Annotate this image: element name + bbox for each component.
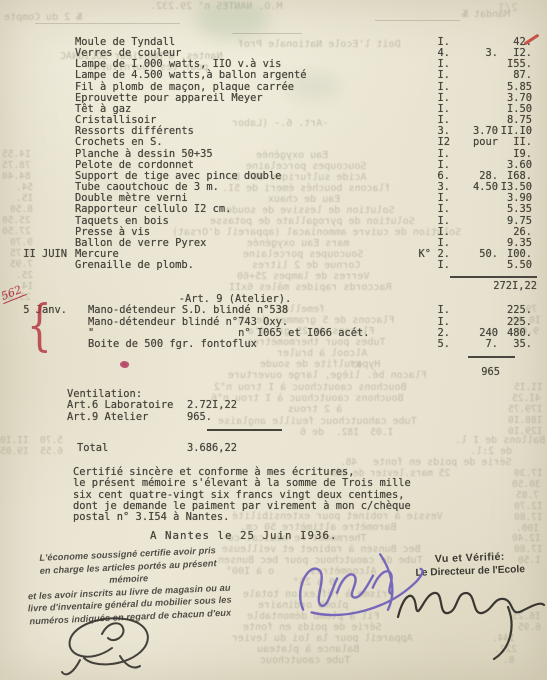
line-date-note	[20, 204, 75, 215]
certification-line: postal n° 3.I54 à Nantes.	[73, 512, 532, 523]
line-date-note	[20, 126, 75, 137]
item-description: Lampe de 4.500 watts,à ballon argenté	[75, 70, 395, 81]
total-label: Total	[67, 443, 187, 454]
item-amount: 5.35	[498, 204, 532, 215]
line-date-note	[20, 104, 75, 115]
invoice-line: Taquets en boisI.9.75	[20, 216, 532, 227]
line-date-note	[20, 59, 75, 70]
invoice-line: Boite de 500 fgr. fontoflux5.7.35.	[20, 339, 532, 350]
item-unit-price	[450, 149, 498, 160]
item-unit-price	[450, 59, 498, 70]
item-description: Grenaille de plomb.	[75, 260, 395, 271]
item-unit-price: pour	[450, 137, 498, 148]
total-value: 3.686,22	[187, 443, 237, 454]
item-quantity: I.	[395, 305, 450, 316]
certification-paragraph: Certifié sincère et conforme à mes écrit…	[20, 467, 532, 523]
ventilation-block: Ventilation: Art.6 Laboratoire2.72I,22Ar…	[20, 389, 532, 454]
item-amount: 87.	[498, 70, 532, 81]
item-unit-price	[450, 82, 498, 93]
unit-label: K°	[418, 249, 431, 260]
scanned-invoice-page: M.O. NANTES n° 29.232.2/1Mandat №№ 2 du …	[0, 0, 547, 680]
item-unit-price: 3.	[450, 48, 498, 59]
line-date-note	[20, 193, 75, 204]
item-amount: 5.50	[498, 260, 532, 271]
item-description: Taquets en bois	[75, 216, 395, 227]
line-date-note	[20, 260, 75, 271]
total-row: Total 3.686,22	[67, 443, 532, 454]
item-unit-price	[450, 104, 498, 115]
art9-item-list: 5 Janv.Mano-détendeur S.D. blindé n°538I…	[20, 305, 532, 350]
item-amount: 9.75	[498, 216, 532, 227]
total-rule	[207, 429, 282, 431]
line-date-note	[20, 37, 75, 48]
econome-signature	[50, 598, 180, 680]
invoice-line: Grenaille de plomb.I.5.50	[20, 260, 532, 271]
ventilation-row: Art.6 Laboratoire2.72I,22	[67, 400, 532, 411]
item-description: Boite de 500 fgr. fontoflux	[75, 339, 395, 350]
invoice-line: Lampe de 4.500 watts,à ballon argentéI.8…	[20, 70, 532, 81]
item-amount: 35.	[498, 339, 532, 350]
line-date-note	[20, 48, 75, 59]
line-date-note	[20, 227, 75, 238]
item-unit-price	[450, 204, 498, 215]
place-date-line: A Nantes le 25 Juin I936.	[20, 530, 532, 541]
item-amount: II.	[498, 137, 532, 148]
line-date-note	[20, 82, 75, 93]
line-date-note	[20, 137, 75, 148]
item-unit-price	[450, 70, 498, 81]
item-amount: 225.	[498, 305, 532, 316]
ventilation-row: Art.9 Atelier965.	[67, 412, 532, 423]
ventilation-value: 965.	[187, 412, 212, 423]
item-unit-price: 4.50	[450, 182, 498, 193]
item-unit-price: 50.	[450, 249, 498, 260]
line-date-note: II JUIN	[20, 249, 75, 260]
item-quantity: 5.	[395, 339, 450, 350]
ventilation-label: Art.9 Atelier	[67, 412, 187, 423]
item-description: Crochets en S.	[75, 137, 395, 148]
director-signature	[390, 565, 547, 665]
item-unit-price	[450, 193, 498, 204]
item-unit-price	[450, 93, 498, 104]
margin-brace-annotation: {	[27, 293, 52, 357]
item-unit-price: 7.	[450, 339, 498, 350]
item-quantity: I.	[395, 204, 450, 215]
line-date-note	[20, 182, 75, 193]
ventilation-value: 2.72I,22	[187, 400, 237, 411]
item-quantity: I.	[395, 260, 450, 271]
line-date-note	[20, 171, 75, 182]
item-description: Ballon de verre Pyrex	[75, 238, 395, 249]
line-date-note	[20, 93, 75, 104]
invoice-line: Crochets en S.I2pourII.	[20, 137, 532, 148]
line-date-note	[20, 149, 75, 160]
invoice-line: Rapporteur cellulo I2 cm.I.5.35	[20, 204, 532, 215]
art9-subtotal-rule	[468, 356, 515, 358]
art6-subtotal: 272I,22	[450, 280, 537, 292]
item-unit-price	[450, 305, 498, 316]
ventilation-rows: Art.6 Laboratoire2.72I,22Art.9 Atelier96…	[67, 400, 532, 423]
item-unit-price	[450, 227, 498, 238]
invoice-line: 5 Janv.Mano-détendeur S.D. blindé n°538I…	[20, 305, 532, 316]
line-date-note	[20, 70, 75, 81]
item-quantity: I.	[395, 70, 450, 81]
item-description: Mano-détendeur S.D. blindé n°538	[75, 305, 395, 316]
item-quantity: I.	[395, 216, 450, 227]
item-description: Rapporteur cellulo I2 cm.	[75, 204, 395, 215]
item-unit-price	[450, 216, 498, 227]
ventilation-label: Art.6 Laboratoire	[67, 400, 187, 411]
art6-item-list: Moule de TyndallI.42.Verres de couleur4.…	[20, 37, 532, 271]
line-date-note	[20, 160, 75, 171]
art6-subtotal-rule	[450, 276, 537, 278]
line-date-note	[20, 216, 75, 227]
item-quantity: I2	[395, 137, 450, 148]
item-unit-price	[450, 260, 498, 271]
certification-line: le présent mémoire s'élevant à la somme …	[73, 478, 532, 489]
art9-subtotal: 965	[452, 366, 500, 378]
line-date-note	[20, 115, 75, 126]
